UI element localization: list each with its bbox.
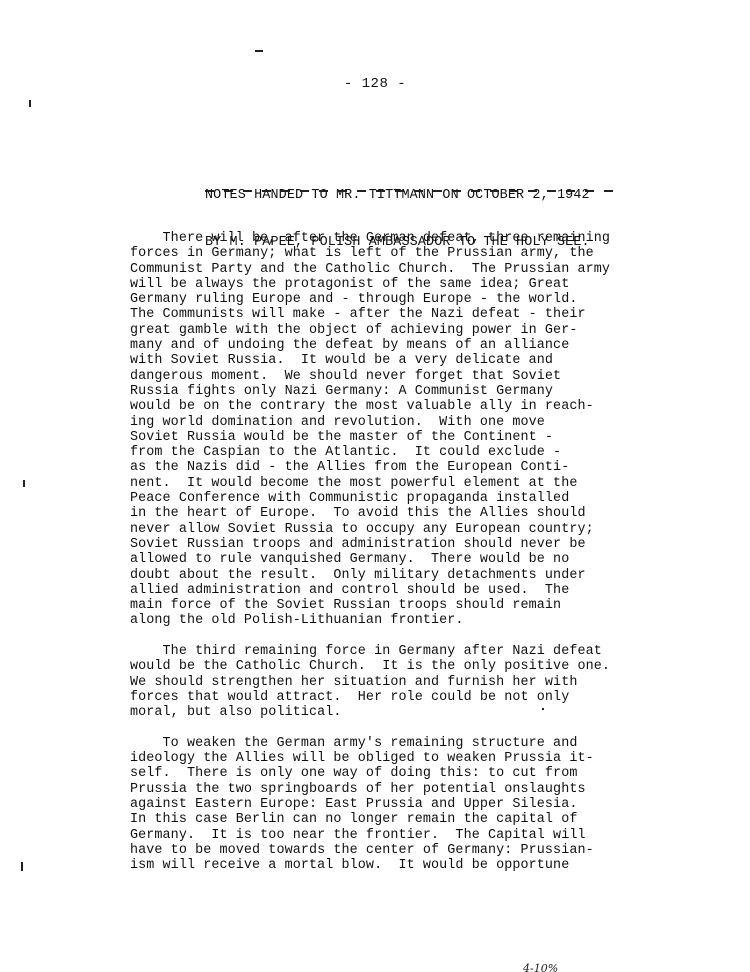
text-line: Russia fights only Nazi Germany: A Commu… [130, 384, 670, 399]
text-line: forces that would attract. Her role coul… [130, 690, 670, 705]
text-line: allied administration and control should… [130, 583, 670, 598]
dashed-rule [205, 190, 621, 192]
text-line: ideology the Allies will be obliged to w… [130, 751, 670, 766]
text-line: We should strengthen her situation and f… [130, 675, 670, 690]
text-line: Soviet Russia would be the master of the… [130, 430, 670, 445]
paragraph: There will be, after the German defeat, … [130, 231, 670, 629]
text-line: doubt about the result. Only military de… [130, 568, 670, 583]
text-line: The Communists will make - after the Naz… [130, 307, 670, 322]
text-line: moral, but also political. [130, 705, 670, 720]
text-line: Germany ruling Europe and - through Euro… [130, 292, 670, 307]
scan-speck [23, 480, 25, 487]
page-number: - 128 - [0, 76, 750, 92]
text-line: In this case Berlin can no longer remain… [130, 812, 670, 827]
text-line: dangerous moment. We should never forget… [130, 369, 670, 384]
paragraph: To weaken the German army's remaining st… [130, 736, 670, 874]
text-line: forces in Germany; what is left of the P… [130, 246, 670, 261]
scan-speck [21, 862, 23, 871]
text-line: never allow Soviet Russia to occupy any … [130, 522, 670, 537]
text-line: ing world domination and revolution. Wit… [130, 415, 670, 430]
text-line: Peace Conference with Communistic propag… [130, 491, 670, 506]
text-line: Soviet Russian troops and administration… [130, 537, 670, 552]
text-line: along the old Polish-Lithuanian frontier… [130, 613, 670, 628]
scan-speck [255, 50, 263, 52]
text-line: Prussia the two springboards of her pote… [130, 782, 670, 797]
document-body: There will be, after the German defeat, … [130, 231, 670, 889]
text-line: main force of the Soviet Russian troops … [130, 598, 670, 613]
text-line: allowed to rule vanquished Germany. Ther… [130, 552, 670, 567]
text-line: have to be moved towards the center of G… [130, 843, 670, 858]
text-line: Communist Party and the Catholic Church.… [130, 262, 670, 277]
text-line: To weaken the German army's remaining st… [130, 736, 670, 751]
text-line: The third remaining force in Germany aft… [130, 644, 670, 659]
text-line: with Soviet Russia. It would be a very d… [130, 353, 670, 368]
text-line: There will be, after the German defeat, … [130, 231, 670, 246]
document-page: - 128 - NOTES HANDED TO MR. TITTMANN ON … [0, 0, 750, 972]
text-line: from the Caspian to the Atlantic. It cou… [130, 445, 670, 460]
scan-speck [29, 100, 31, 107]
text-line: nent. It would become the most powerful … [130, 476, 670, 491]
text-line: against Eastern Europe: East Prussia and… [130, 797, 670, 812]
text-line: great gamble with the object of achievin… [130, 323, 670, 338]
text-line: Germany. It is too near the frontier. Th… [130, 828, 670, 843]
text-line: self. There is only one way of doing thi… [130, 766, 670, 781]
text-line: many and of undoing the defeat by means … [130, 338, 670, 353]
handwritten-mark: 4-10% [523, 962, 558, 972]
text-line: as the Nazis did - the Allies from the E… [130, 460, 670, 475]
text-line: ism will receive a mortal blow. It would… [130, 858, 670, 873]
text-line: would be on the contrary the most valuab… [130, 399, 670, 414]
paragraph: The third remaining force in Germany aft… [130, 644, 670, 720]
text-line: in the heart of Europe. To avoid this th… [130, 506, 670, 521]
text-line: would be the Catholic Church. It is the … [130, 659, 670, 674]
text-line: will be always the protagonist of the sa… [130, 277, 670, 292]
